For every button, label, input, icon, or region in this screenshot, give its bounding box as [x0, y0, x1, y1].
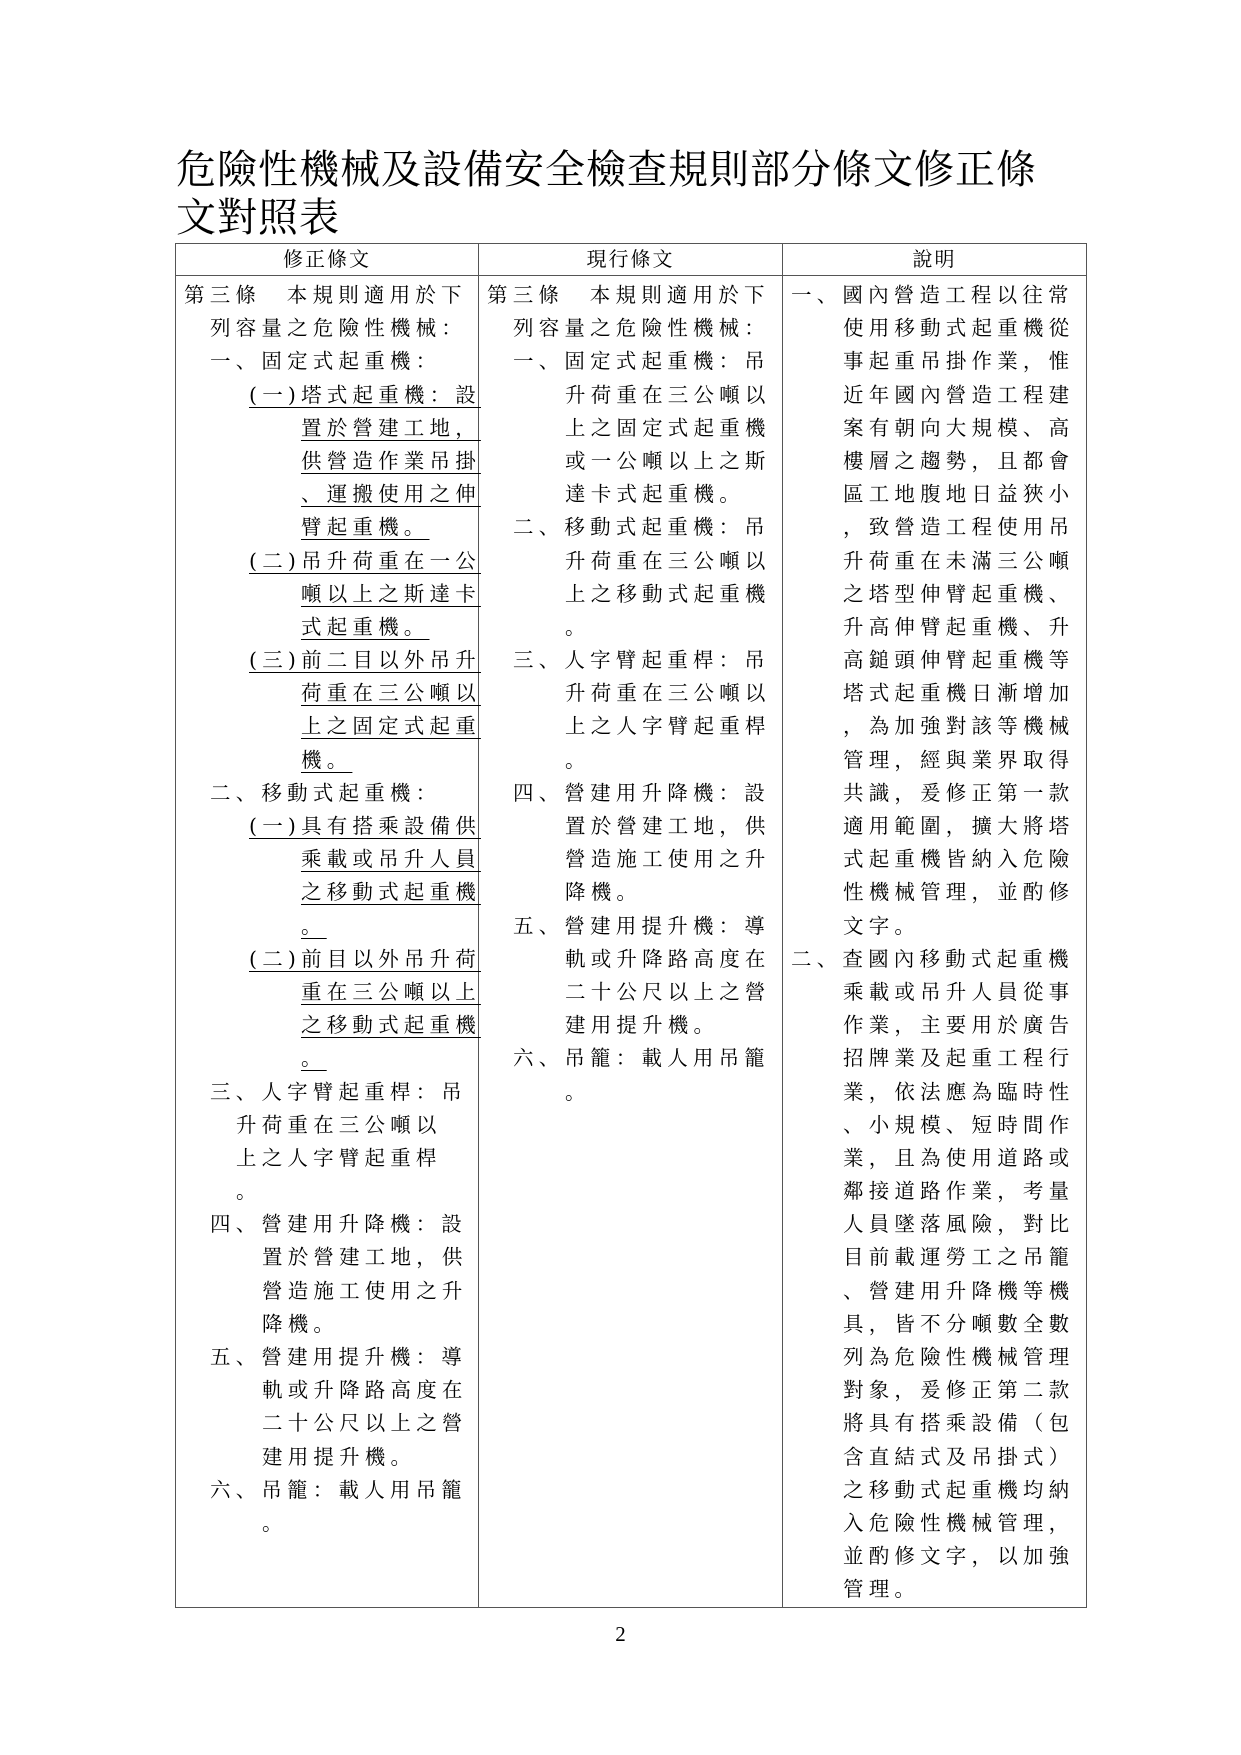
text-line: 樓層之趨勢，且都會 [791, 445, 1080, 478]
line-text: 升荷重在三公噸以 [236, 1113, 442, 1137]
text-line: 六、吊籠：載人用吊籠 [184, 1474, 472, 1507]
text-line: 管理，經與業界取得 [791, 744, 1080, 777]
line-text: 營造施工使用之升 [565, 847, 771, 871]
text-line: 。 [184, 1042, 472, 1075]
amended-text: 置於營建工地， [301, 416, 481, 440]
text-line: 置於營建工地， [184, 412, 472, 445]
text-line: 、運搬使用之伸 [184, 478, 472, 511]
line-text: 上之固定式起重機 [565, 416, 771, 440]
line-text: 升高伸臂起重機、升 [843, 615, 1074, 639]
header-explanation: 說明 [783, 244, 1087, 276]
text-line: 營造施工使用之升 [487, 843, 776, 876]
line-text: 二、移動式起重機：吊 [513, 515, 770, 539]
header-amended-articles: 修正條文 [176, 244, 479, 276]
text-line: 。 [487, 611, 776, 644]
line-text: 一、固定式起重機：吊 [513, 349, 770, 373]
line-text: 業，且為使用道路或 [843, 1146, 1074, 1170]
line-text: 置於營建工地，供 [565, 814, 771, 838]
text-line: 、小規模、短時間作 [791, 1109, 1080, 1142]
text-line: 四、營建用升降機：設 [487, 777, 776, 810]
line-text: 四、營建用升降機：設 [210, 1212, 467, 1236]
text-line: 作業，主要用於廣告 [791, 1009, 1080, 1042]
line-text: 五、營建用提升機：導 [513, 914, 770, 938]
text-line: 人員墜落風險，對比 [791, 1208, 1080, 1241]
line-text: 區工地腹地日益狹小 [843, 482, 1074, 506]
amended-text: 上之固定式起重 [301, 714, 481, 738]
text-line: 降機。 [487, 876, 776, 909]
explanation-cell: 一、國內營造工程以往常使用移動式起重機從事起重吊掛作業，惟近年國內營造工程建案有… [783, 276, 1087, 1608]
line-text: 乘載或吊升人員從事 [843, 980, 1074, 1004]
line-text: 、小規模、短時間作 [843, 1113, 1074, 1137]
text-line: 。 [184, 910, 472, 943]
line-text: 使用移動式起重機從 [843, 316, 1074, 340]
line-text: 性機械管理，並酌修 [843, 880, 1074, 904]
text-line: (二)吊升荷重在一公 [184, 545, 472, 578]
line-text: 營造施工使用之升 [262, 1279, 468, 1303]
text-line: 上之移動式起重機 [487, 578, 776, 611]
text-line: 噸以上之斯達卡 [184, 578, 472, 611]
text-line: 性機械管理，並酌修 [791, 876, 1080, 909]
text-line: 案有朝向大規模、高 [791, 412, 1080, 445]
text-line: 二、查國內移動式起重機 [791, 943, 1080, 976]
line-text: 二十公尺以上之營 [262, 1411, 468, 1435]
text-line: 。 [184, 1507, 472, 1540]
line-text: 。 [565, 615, 591, 639]
text-line: 業，依法應為臨時性 [791, 1076, 1080, 1109]
text-line: 第三條 本規則適用於下 [184, 279, 472, 312]
amended-text: 乘載或吊升人員 [301, 847, 481, 871]
text-line: 五、營建用提升機：導 [487, 910, 776, 943]
text-line: 五、營建用提升機：導 [184, 1341, 472, 1374]
amended-text: 荷重在三公噸以 [301, 681, 481, 705]
text-line: 。 [184, 1175, 472, 1208]
line-text: 五、營建用提升機：導 [210, 1345, 467, 1369]
line-text: 目前載運勞工之吊籠 [843, 1245, 1074, 1269]
line-text: 升荷重在未滿三公噸 [843, 549, 1074, 573]
amended-text: 式起重機。 [301, 615, 430, 639]
text-line: 建用提升機。 [184, 1441, 472, 1474]
line-text: 六、吊籠：載人用吊籠 [210, 1478, 467, 1502]
text-line: 之移動式起重機 [184, 876, 472, 909]
text-line: 乘載或吊升人員 [184, 843, 472, 876]
text-line: 列為危險性機械管理 [791, 1341, 1080, 1374]
text-line: 上之人字臂起重桿 [487, 710, 776, 743]
text-line: 三、人字臂起重桿：吊 [487, 644, 776, 677]
text-line: 機。 [184, 744, 472, 777]
line-text: 。 [236, 1179, 262, 1203]
page-number: 2 [0, 1622, 1241, 1647]
line-text: 一、固定式起重機： [210, 349, 441, 373]
text-line: 軌或升降路高度在 [184, 1374, 472, 1407]
amended-text: (三)前二目以外吊升 [249, 648, 481, 672]
line-text: 將具有搭乘設備（包 [843, 1411, 1074, 1435]
text-line: 、營建用升降機等機 [791, 1275, 1080, 1308]
line-text: ，為加強對該等機械 [843, 714, 1074, 738]
text-line: 達卡式起重機。 [487, 478, 776, 511]
line-text: 並酌修文字，以加強 [843, 1544, 1074, 1568]
text-line: 一、固定式起重機：吊 [487, 345, 776, 378]
line-text: 第三條 本規則適用於下 [487, 283, 770, 307]
amended-text: (一)塔式起重機：設 [249, 383, 481, 407]
text-line: 。 [487, 1076, 776, 1109]
text-line: 之移動式起重機均納 [791, 1474, 1080, 1507]
line-text: 文字。 [843, 914, 920, 938]
text-line: 建用提升機。 [487, 1009, 776, 1042]
line-text: 升荷重在三公噸以 [565, 383, 771, 407]
text-line: 升荷重在三公噸以 [487, 379, 776, 412]
line-text: 建用提升機。 [565, 1013, 719, 1037]
text-line: 或一公噸以上之斯 [487, 445, 776, 478]
text-line: 管理。 [791, 1573, 1080, 1606]
text-line: 對象，爰修正第二款 [791, 1374, 1080, 1407]
line-text: 二、移動式起重機： [210, 781, 441, 805]
text-line: 共識，爰修正第一款 [791, 777, 1080, 810]
amended-text: 、運搬使用之伸 [301, 482, 481, 506]
text-line: 二、移動式起重機：吊 [487, 511, 776, 544]
line-text: 對象，爰修正第二款 [843, 1378, 1074, 1402]
table-body-row: 第三條 本規則適用於下列容量之危險性機械：一、固定式起重機：(一)塔式起重機：設… [176, 276, 1087, 1608]
text-line: 上之固定式起重 [184, 710, 472, 743]
amended-text: 供營造作業吊掛 [301, 449, 481, 473]
line-text: 式起重機皆納入危險 [843, 847, 1074, 871]
line-text: 一、國內營造工程以往常 [791, 283, 1074, 307]
line-text: 升荷重在三公噸以 [565, 549, 771, 573]
line-text: 上之人字臂起重桿 [565, 714, 771, 738]
text-line: 適用範圍，擴大將塔 [791, 810, 1080, 843]
text-line: 重在三公噸以上 [184, 976, 472, 1009]
text-line: 含直結式及吊掛式） [791, 1441, 1080, 1474]
line-text: 業，依法應為臨時性 [843, 1080, 1074, 1104]
title-line-2: 文對照表 [176, 194, 1076, 242]
line-text: 入危險性機械管理， [843, 1511, 1074, 1535]
text-line: 文字。 [791, 910, 1080, 943]
line-text: 事起重吊掛作業，惟 [843, 349, 1074, 373]
text-line: ，致營造工程使用吊 [791, 511, 1080, 544]
text-line: 使用移動式起重機從 [791, 312, 1080, 345]
line-text: 鄰接道路作業，考量 [843, 1179, 1074, 1203]
text-line: 營造施工使用之升 [184, 1275, 472, 1308]
line-text: 管理。 [843, 1577, 920, 1601]
text-line: 並酌修文字，以加強 [791, 1540, 1080, 1573]
line-text: 案有朝向大規模、高 [843, 416, 1074, 440]
text-line: (三)前二目以外吊升 [184, 644, 472, 677]
amended-text: 。 [301, 914, 327, 938]
text-line: 之移動式起重機 [184, 1009, 472, 1042]
document-title: 危險性機械及設備安全檢查規則部分條文修正條 文對照表 [176, 146, 1076, 242]
line-text: 之塔型伸臂起重機、 [843, 582, 1074, 606]
text-line: 將具有搭乘設備（包 [791, 1407, 1080, 1440]
amended-text: 重在三公噸以上 [301, 980, 481, 1004]
text-line: 。 [487, 744, 776, 777]
text-line: 之塔型伸臂起重機、 [791, 578, 1080, 611]
line-text: ，致營造工程使用吊 [843, 515, 1074, 539]
text-line: 區工地腹地日益狹小 [791, 478, 1080, 511]
line-text: 高鎚頭伸臂起重機等 [843, 648, 1074, 672]
line-text: 作業，主要用於廣告 [843, 1013, 1074, 1037]
text-line: 荷重在三公噸以 [184, 677, 472, 710]
amended-text: 之移動式起重機 [301, 1013, 481, 1037]
text-line: 置於營建工地，供 [184, 1241, 472, 1274]
text-line: 入危險性機械管理， [791, 1507, 1080, 1540]
title-line-1: 危險性機械及設備安全檢查規則部分條文修正條 [176, 146, 1076, 194]
amended-articles-cell: 第三條 本規則適用於下列容量之危險性機械：一、固定式起重機：(一)塔式起重機：設… [176, 276, 479, 1608]
text-line: 升荷重在三公噸以 [184, 1109, 472, 1142]
text-line: (二)前目以外吊升荷 [184, 943, 472, 976]
text-line: 鄰接道路作業，考量 [791, 1175, 1080, 1208]
line-text: 六、吊籠：載人用吊籠 [513, 1046, 770, 1070]
line-text: 。 [262, 1511, 288, 1535]
line-text: 上之移動式起重機 [565, 582, 771, 606]
text-line: 近年國內營造工程建 [791, 379, 1080, 412]
table-header-row: 修正條文 現行條文 說明 [176, 244, 1087, 276]
line-text: 升荷重在三公噸以 [565, 681, 771, 705]
text-line: 臂起重機。 [184, 511, 472, 544]
text-line: 上之固定式起重機 [487, 412, 776, 445]
text-line: 式起重機。 [184, 611, 472, 644]
text-line: 第三條 本規則適用於下 [487, 279, 776, 312]
text-line: 二十公尺以上之營 [487, 976, 776, 1009]
line-text: 二、查國內移動式起重機 [791, 947, 1074, 971]
line-text: 共識，爰修正第一款 [843, 781, 1074, 805]
line-text: 第三條 本規則適用於下 [184, 283, 467, 307]
text-line: 降機。 [184, 1308, 472, 1341]
text-line: ，為加強對該等機械 [791, 710, 1080, 743]
text-line: 升荷重在三公噸以 [487, 545, 776, 578]
line-text: 列容量之危險性機械： [513, 316, 770, 340]
amended-text: 臂起重機。 [301, 515, 430, 539]
line-text: 管理，經與業界取得 [843, 748, 1074, 772]
line-text: 軌或升降路高度在 [565, 947, 771, 971]
text-line: 三、人字臂起重桿：吊 [184, 1076, 472, 1109]
line-text: 三、人字臂起重桿：吊 [513, 648, 770, 672]
amended-text: 機。 [301, 748, 352, 772]
text-line: (一)塔式起重機：設 [184, 379, 472, 412]
line-text: 三、人字臂起重桿：吊 [210, 1080, 467, 1104]
line-text: 降機。 [565, 880, 642, 904]
line-text: 。 [565, 1080, 591, 1104]
amended-text: (二)吊升荷重在一公 [249, 549, 481, 573]
amended-text: (二)前目以外吊升荷 [249, 947, 481, 971]
line-text: 軌或升降路高度在 [262, 1378, 468, 1402]
line-text: 招牌業及起重工程行 [843, 1046, 1074, 1070]
line-text: 建用提升機。 [262, 1445, 416, 1469]
header-current-articles: 現行條文 [479, 244, 783, 276]
line-text: 二十公尺以上之營 [565, 980, 771, 1004]
text-line: 列容量之危險性機械： [487, 312, 776, 345]
text-line: 上之人字臂起重桿 [184, 1142, 472, 1175]
text-line: 升荷重在三公噸以 [487, 677, 776, 710]
text-line: 高鎚頭伸臂起重機等 [791, 644, 1080, 677]
text-line: 乘載或吊升人員從事 [791, 976, 1080, 1009]
line-text: 降機。 [262, 1312, 339, 1336]
text-line: 升高伸臂起重機、升 [791, 611, 1080, 644]
line-text: 之移動式起重機均納 [843, 1478, 1074, 1502]
text-line: 式起重機皆納入危險 [791, 843, 1080, 876]
amended-text: (一)具有搭乘設備供 [249, 814, 481, 838]
line-text: 。 [565, 748, 591, 772]
text-line: 目前載運勞工之吊籠 [791, 1241, 1080, 1274]
amended-text: 。 [301, 1046, 327, 1070]
text-line: 列容量之危險性機械： [184, 312, 472, 345]
line-text: 人員墜落風險，對比 [843, 1212, 1074, 1236]
text-line: 軌或升降路高度在 [487, 943, 776, 976]
text-line: 一、固定式起重機： [184, 345, 472, 378]
line-text: 置於營建工地，供 [262, 1245, 468, 1269]
line-text: 近年國內營造工程建 [843, 383, 1074, 407]
text-line: 置於營建工地，供 [487, 810, 776, 843]
line-text: 四、營建用升降機：設 [513, 781, 770, 805]
text-line: 塔式起重機日漸增加 [791, 677, 1080, 710]
line-text: 含直結式及吊掛式） [843, 1445, 1074, 1469]
line-text: 列為危險性機械管理 [843, 1345, 1074, 1369]
line-text: 列容量之危險性機械： [210, 316, 467, 340]
text-line: 二十公尺以上之營 [184, 1407, 472, 1440]
text-line: 具，皆不分噸數全數 [791, 1308, 1080, 1341]
text-line: 二、移動式起重機： [184, 777, 472, 810]
line-text: 塔式起重機日漸增加 [843, 681, 1074, 705]
line-text: 達卡式起重機。 [565, 482, 745, 506]
text-line: 招牌業及起重工程行 [791, 1042, 1080, 1075]
text-line: 升荷重在未滿三公噸 [791, 545, 1080, 578]
line-text: 上之人字臂起重桿 [236, 1146, 442, 1170]
amended-text: 噸以上之斯達卡 [301, 582, 481, 606]
line-text: 適用範圍，擴大將塔 [843, 814, 1074, 838]
current-articles-cell: 第三條 本規則適用於下列容量之危險性機械：一、固定式起重機：吊升荷重在三公噸以上… [479, 276, 783, 1608]
amended-text: 之移動式起重機 [301, 880, 481, 904]
text-line: 四、營建用升降機：設 [184, 1208, 472, 1241]
text-line: 供營造作業吊掛 [184, 445, 472, 478]
line-text: 、營建用升降機等機 [843, 1279, 1074, 1303]
text-line: 業，且為使用道路或 [791, 1142, 1080, 1175]
line-text: 或一公噸以上之斯 [565, 449, 771, 473]
text-line: 一、國內營造工程以往常 [791, 279, 1080, 312]
text-line: 六、吊籠：載人用吊籠 [487, 1042, 776, 1075]
text-line: (一)具有搭乘設備供 [184, 810, 472, 843]
line-text: 樓層之趨勢，且都會 [843, 449, 1074, 473]
text-line: 事起重吊掛作業，惟 [791, 345, 1080, 378]
line-text: 具，皆不分噸數全數 [843, 1312, 1074, 1336]
comparison-table: 修正條文 現行條文 說明 第三條 本規則適用於下列容量之危險性機械：一、固定式起… [175, 243, 1087, 1608]
